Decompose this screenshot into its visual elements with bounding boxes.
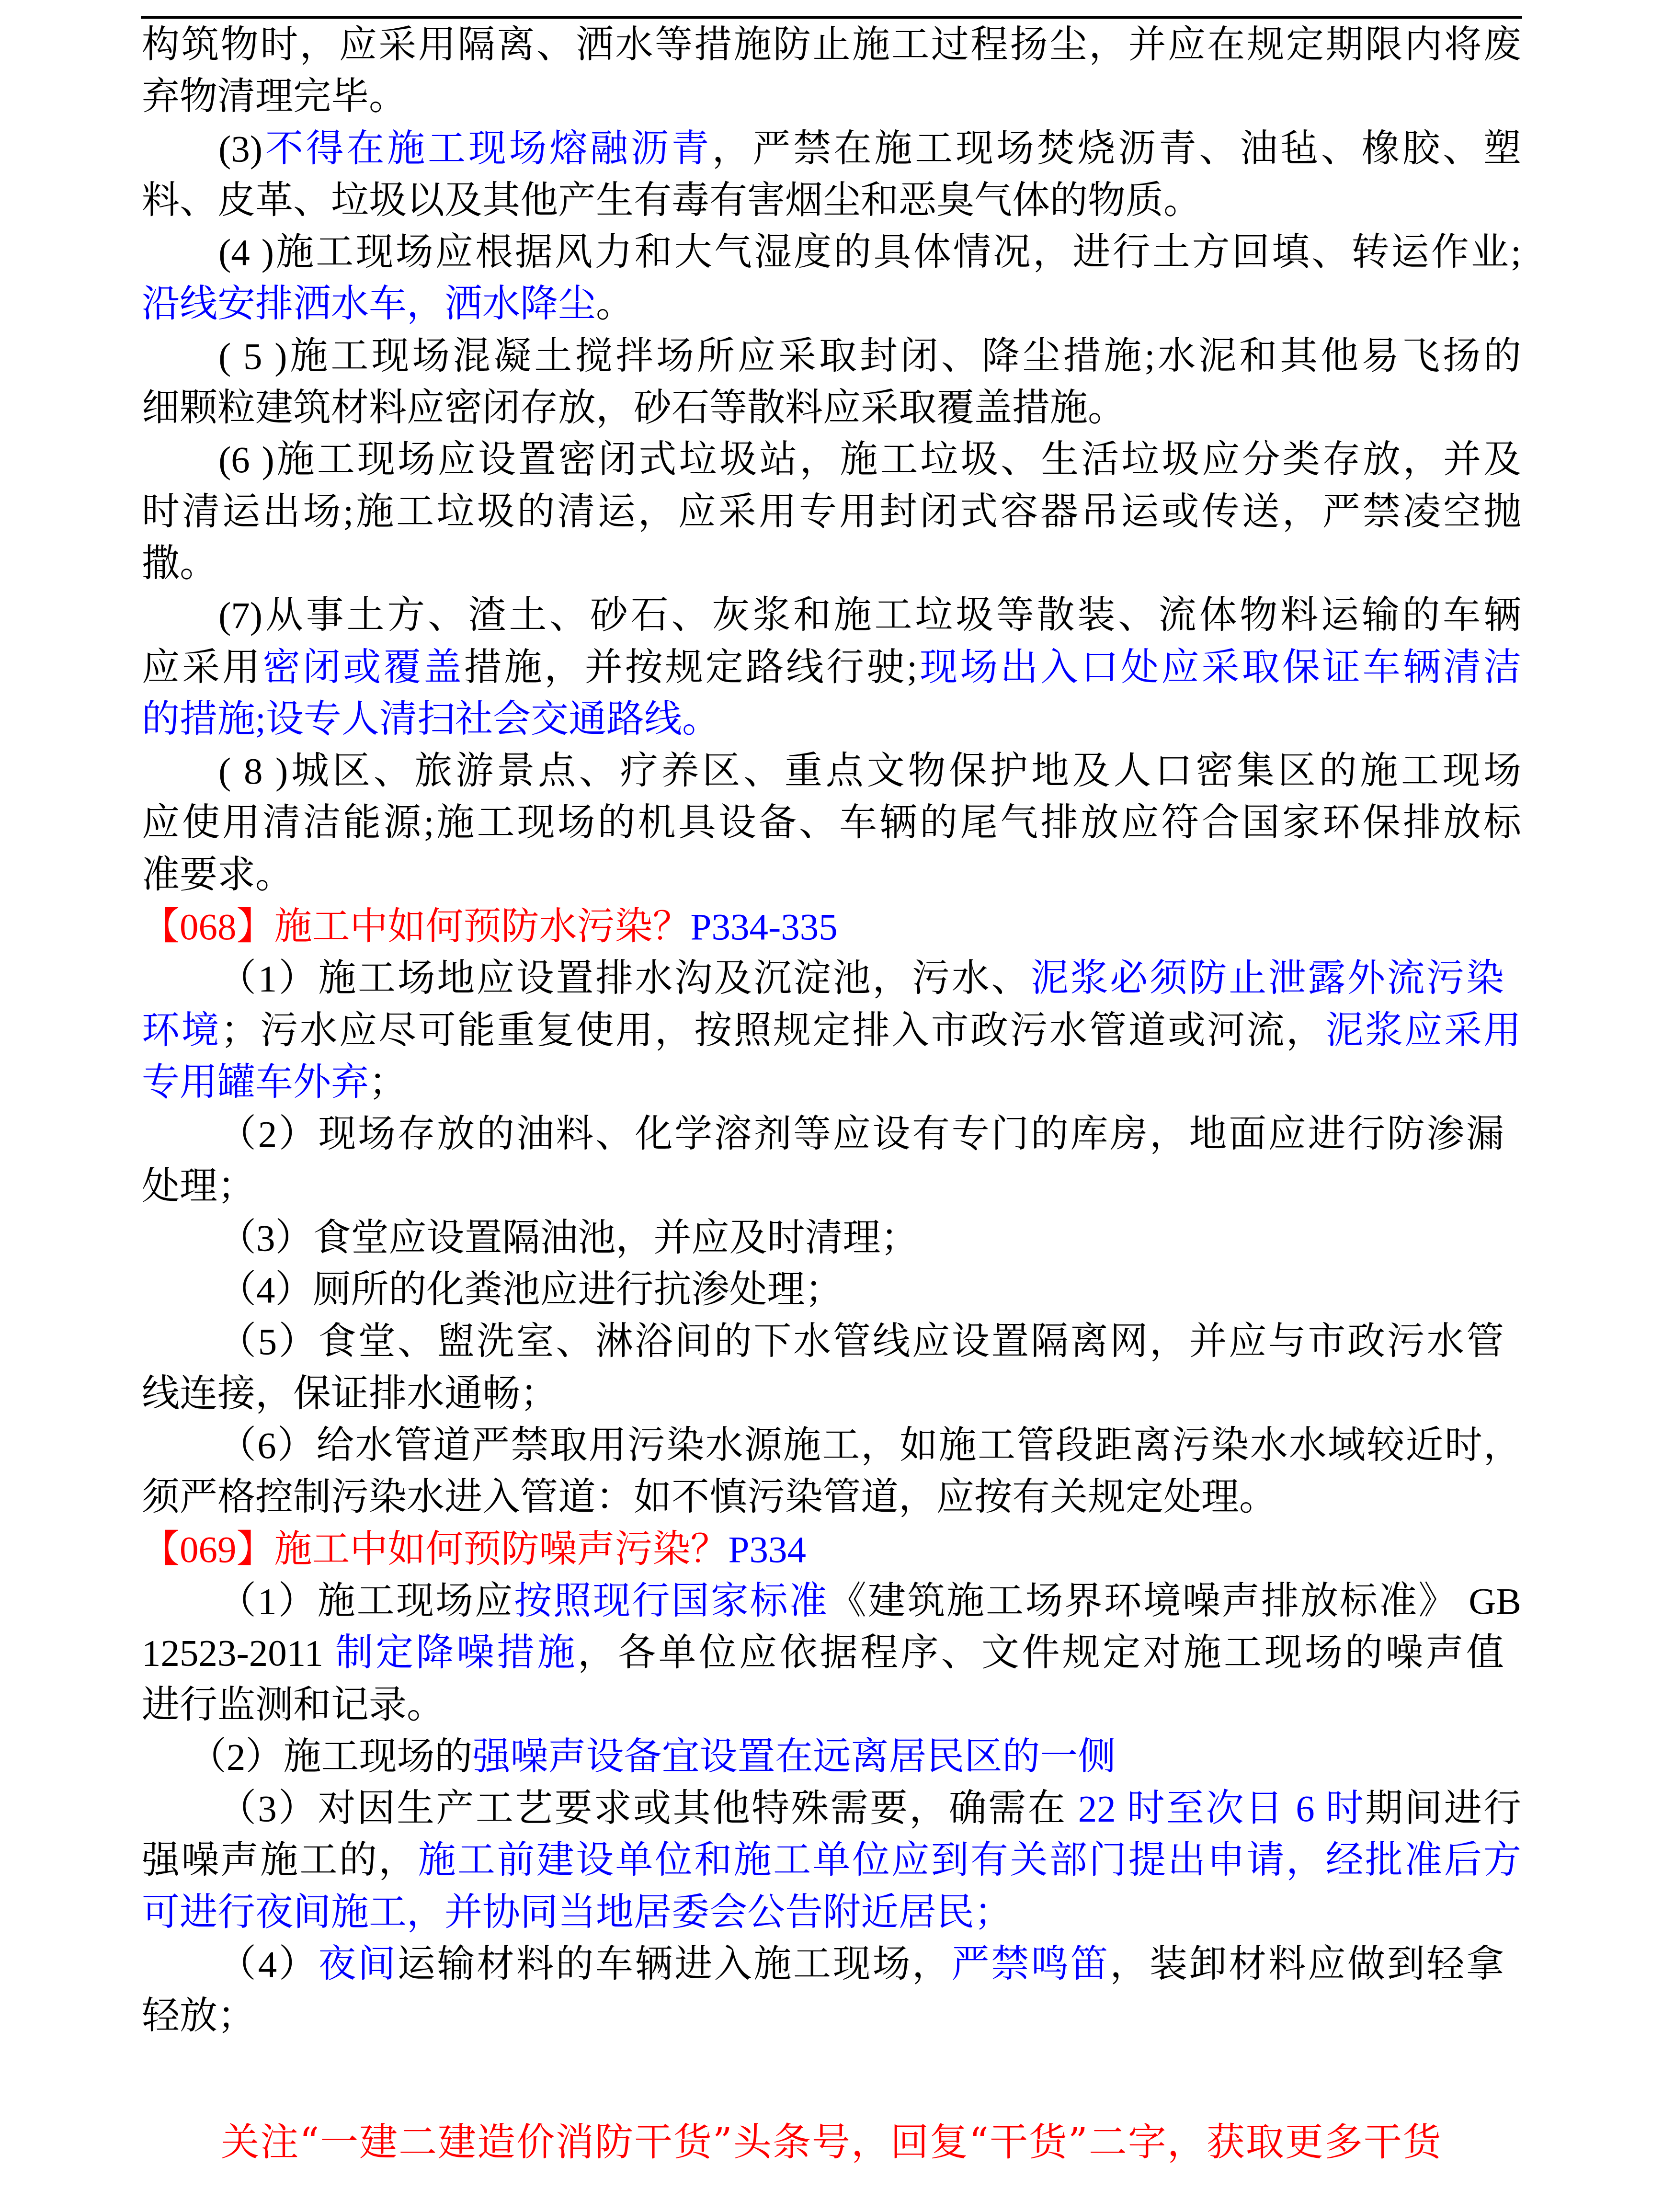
item-number: （4） [218,1944,318,1985]
noise-item-1: （1）施工现场应按照现行国家标准《建筑施工场界环境噪声排放标准》 GB 1252… [142,1576,1521,1732]
highlight-text: 不得在施工现场熔融沥青 [262,128,712,170]
text-line: (4 )施工现场应根据风力和大气湿度的具体情况，进行土方回填、转运作业; [142,227,1521,279]
plain-text: （2）施工现场的 [189,1736,473,1778]
highlight-text: 专用罐车外弃 [142,1062,369,1104]
plain-text: ( 5 )施工现场混凝土搅拌场所应采取封闭、降尘措施;水泥和其他易飞扬的 [218,336,1521,377]
highlight-text: 环境 [142,1010,221,1052]
plain-text: 进行监测和记录。 [142,1685,444,1726]
plain-text: 弃物清理完毕。 [142,76,407,118]
heading-line: 【068】施工中如何预防水污染？P334-335 [142,901,1521,953]
plain-text: (7)从事土方、渣土、砂石、灰浆和施工垃圾等散装、流体物料运输的车辆 [218,595,1521,637]
text-line: 可进行夜间施工，并协同当地居委会公告附近居民； [142,1887,1521,1939]
highlight-text: 密闭或覆盖 [262,647,464,689]
text-line: 进行监测和记录。 [142,1680,1521,1732]
plain-text: (6 )施工现场应设置密闭式垃圾站，施工垃圾、生活垃圾应分类存放，并及 [218,439,1521,481]
plain-text: 运输材料的车辆进入施工现场， [398,1944,952,1985]
highlight-text: 制定降噪措施 [335,1632,578,1674]
highlight-text: 沿线安排洒水车，洒水降尘 [142,284,596,325]
text-line: 须严格控制污染水进入管道：如不慎污染管道，应按有关规定处理。 [142,1472,1521,1524]
water-item-1: （1）施工场地应设置排水沟及沉淀池，污水、泥浆必须防止泄露外流污染 环境；污水应… [142,953,1521,1109]
plain-text: （3）对因生产工艺要求或其他特殊需要，确需在 [218,1788,1078,1830]
plain-text: ；污水应尽可能重复使用，按照规定排入市政污水管道或河流， [221,1010,1326,1052]
text-line: 细颗粒建筑材料应密闭存放，砂石等散料应采取覆盖措施。 [142,383,1521,434]
plain-text: 强噪声施工的， [142,1840,418,1881]
text-line: （4）厕所的化粪池应进行抗渗处理； [142,1265,1521,1316]
paragraph-item-3: (3)不得在施工现场熔融沥青，严禁在施工现场焚烧沥青、油毡、橡胶、塑 料、皮革、… [142,124,1521,228]
text-line: 弃物清理完毕。 [142,71,1521,123]
text-line: 环境；污水应尽可能重复使用，按照规定排入市政污水管道或河流，泥浆应采用 [142,1005,1521,1057]
highlight-text: 严禁鸣笛 [952,1944,1110,1985]
text-line: （5）食堂、盥洗室、淋浴间的下水管线应设置隔离网，并应与市政污水管 [142,1316,1504,1368]
plain-text: 应采用 [142,647,262,689]
water-item-2: （2）现场存放的油料、化学溶剂等应设有专门的库房，地面应进行防渗漏 处理； [142,1109,1521,1213]
time-range-highlight: 22 时至次日 6 时 [1078,1788,1365,1830]
plain-text: （2）现场存放的油料、化学溶剂等应设有专门的库房，地面应进行防渗漏 [218,1114,1504,1155]
plain-text: 应使用清洁能源;施工现场的机具设备、车辆的尾气排放应符合国家环保排放标 [142,802,1521,844]
highlight-text: 按照现行国家标准 [514,1581,829,1622]
plain-text: 准要求。 [142,855,293,896]
text-line: 专用罐车外弃； [142,1057,1521,1109]
footer-promo-text: 关注“一建二建造价消防干货”头条号，回复“干货”二字，获取更多干货 [0,2116,1663,2168]
water-item-5: （5）食堂、盥洗室、淋浴间的下水管线应设置隔离网，并应与市政污水管 线连接，保证… [142,1316,1521,1420]
question-heading-069: 【069】施工中如何预防噪声污染？P334 [142,1524,1521,1576]
text-line: 轻放； [142,1991,1521,2042]
plain-text: 线连接，保证排水通畅； [142,1373,558,1415]
text-line: 时清运出场;施工垃圾的清运，应采用专用封闭式容器吊运或传送，严禁凌空抛 [142,487,1521,538]
highlight-text: 的措施;设专人清扫社会交通路线。 [142,699,720,741]
paragraph-item-6: (6 )施工现场应设置密闭式垃圾站，施工垃圾、生活垃圾应分类存放，并及 时清运出… [142,434,1521,590]
plain-text: ； [369,1062,407,1104]
text-line: 的措施;设专人清扫社会交通路线。 [142,694,1521,746]
heading-line: 【069】施工中如何预防噪声污染？P334 [142,1524,1521,1576]
highlight-text: 泥浆必须防止泄露外流污染 [1031,958,1504,1000]
page-reference: P334 [729,1529,806,1571]
text-line: 准要求。 [142,850,1521,901]
text-line: 料、皮革、垃圾以及其他产生有毒有害烟尘和恶臭气体的物质。 [142,175,1521,227]
plain-text: 。 [596,284,634,325]
standard-name: 《建筑施工场界环境噪声排放标准》 GB [829,1581,1521,1622]
paragraph-item-8: ( 8 )城区、旅游景点、疗养区、重点文物保护地及人口密集区的施工现场 应使用清… [142,746,1521,901]
water-item-3: （3）食堂应设置隔油池，并应及时清理； [142,1213,1521,1265]
plain-text: 撒。 [142,543,217,585]
text-line: （3）对因生产工艺要求或其他特殊需要，确需在 22 时至次日 6 时期间进行 [142,1783,1521,1835]
text-line: ( 5 )施工现场混凝土搅拌场所应采取封闭、降尘措施;水泥和其他易飞扬的 [142,331,1521,383]
water-item-6: （6）给水管道严禁取用污染水源施工，如施工管段距离污染水水域较近时， 须严格控制… [142,1420,1521,1524]
plain-text: ，各单位应依据程序、文件规定对施工现场的噪声值 [578,1632,1504,1674]
text-line: (7)从事土方、渣土、砂石、灰浆和施工垃圾等散装、流体物料运输的车辆 [142,590,1521,642]
highlight-text: 可进行夜间施工，并协同当地居委会公告附近居民； [142,1892,1012,1934]
water-item-4: （4）厕所的化粪池应进行抗渗处理； [142,1265,1521,1316]
text-line: 处理； [142,1161,1521,1213]
plain-text: 时清运出场;施工垃圾的清运，应采用专用封闭式容器吊运或传送，严禁凌空抛 [142,491,1521,533]
page-reference: P334-335 [691,906,838,948]
highlight-text: 泥浆应采用 [1325,1010,1521,1052]
plain-text: 料、皮革、垃圾以及其他产生有毒有害烟尘和恶臭气体的物质。 [142,180,1201,222]
plain-text: 轻放； [142,1995,255,2037]
text-line: 12523-2011 制定降噪措施，各单位应依据程序、文件规定对施工现场的噪声值 [142,1628,1504,1679]
text-line: 线连接，保证排水通畅； [142,1368,1521,1420]
plain-text: ，严禁在施工现场焚烧沥青、油毡、橡胶、塑 [712,128,1521,170]
text-line: (3)不得在施工现场熔融沥青，严禁在施工现场焚烧沥青、油毡、橡胶、塑 [142,124,1521,175]
highlight-text: 现场出入口处应采取保证车辆清洁 [917,647,1521,689]
highlight-text: 施工前建设单位和施工单位应到有关部门提出申请，经批准后方 [418,1840,1521,1881]
plain-text: 构筑物时，应采用隔离、洒水等措施防止施工过程扬尘，并应在规定期限内将废 [142,24,1521,66]
plain-text: （6）给水管道严禁取用污染水源施工，如施工管段距离污染水水域较近时， [218,1425,1521,1467]
plain-text: （5）食堂、盥洗室、淋浴间的下水管线应设置隔离网，并应与市政污水管 [218,1321,1504,1363]
plain-text: ( 8 )城区、旅游景点、疗养区、重点文物保护地及人口密集区的施工现场 [218,751,1521,792]
text-line: 应使用清洁能源;施工现场的机具设备、车辆的尾气排放应符合国家环保排放标 [142,798,1521,849]
question-heading-068: 【068】施工中如何预防水污染？P334-335 [142,901,1521,953]
text-line: ( 8 )城区、旅游景点、疗养区、重点文物保护地及人口密集区的施工现场 [142,746,1521,798]
plain-text: 期间进行 [1365,1788,1521,1830]
paragraph-item-2-continued: 构筑物时，应采用隔离、洒水等措施防止施工过程扬尘，并应在规定期限内将废 弃物清理… [142,20,1521,124]
item-number: (3) [218,128,262,170]
standard-number: 12523-2011 [142,1632,335,1674]
text-line: (6 )施工现场应设置密闭式垃圾站，施工垃圾、生活垃圾应分类存放，并及 [142,434,1521,486]
noise-item-3: （3）对因生产工艺要求或其他特殊需要，确需在 22 时至次日 6 时期间进行 强… [142,1783,1521,1939]
plain-text: （4）厕所的化粪池应进行抗渗处理； [218,1269,843,1311]
text-line: （6）给水管道严禁取用污染水源施工，如施工管段距离污染水水域较近时， [142,1420,1521,1472]
text-line: 构筑物时，应采用隔离、洒水等措施防止施工过程扬尘，并应在规定期限内将废 [142,20,1521,71]
paragraph-item-5: ( 5 )施工现场混凝土搅拌场所应采取封闭、降尘措施;水泥和其他易飞扬的 细颗粒… [142,331,1521,435]
plain-text: （1）施工现场应 [218,1581,514,1622]
plain-text: ，装卸材料应做到轻拿 [1110,1944,1504,1985]
highlight-text: 夜间 [318,1944,397,1985]
paragraph-item-4: (4 )施工现场应根据风力和大气湿度的具体情况，进行土方回填、转运作业; 沿线安… [142,227,1521,331]
text-line: 应采用密闭或覆盖措施，并按规定路线行驶;现场出入口处应采取保证车辆清洁 [142,642,1521,694]
plain-text: 处理； [142,1166,255,1208]
text-line: （4）夜间运输材料的车辆进入施工现场，严禁鸣笛，装卸材料应做到轻拿 [142,1939,1504,1991]
plain-text: 细颗粒建筑材料应密闭存放，砂石等散料应采取覆盖措施。 [142,388,1126,429]
plain-text: 措施，并按规定路线行驶; [464,647,918,689]
noise-item-2: （2）施工现场的强噪声设备宜设置在远离居民区的一侧 [142,1732,1521,1783]
plain-text: （1）施工场地应设置排水沟及沉淀池，污水、 [218,958,1031,1000]
heading-title: 【068】施工中如何预防水污染？ [142,906,691,948]
text-line: 强噪声施工的，施工前建设单位和施工单位应到有关部门提出申请，经批准后方 [142,1835,1521,1887]
document-body: 构筑物时，应采用隔离、洒水等措施防止施工过程扬尘，并应在规定期限内将废 弃物清理… [142,20,1521,2043]
text-line: （1）施工现场应按照现行国家标准《建筑施工场界环境噪声排放标准》 GB [142,1576,1521,1628]
plain-text: 须严格控制污染水进入管道：如不慎污染管道，应按有关规定处理。 [142,1477,1277,1518]
plain-text: （3）食堂应设置隔油池，并应及时清理； [218,1218,919,1259]
text-line: （2）现场存放的油料、化学溶剂等应设有专门的库房，地面应进行防渗漏 [142,1109,1504,1161]
plain-text: (4 )施工现场应根据风力和大气湿度的具体情况，进行土方回填、转运作业; [218,232,1521,274]
text-line: （1）施工场地应设置排水沟及沉淀池，污水、泥浆必须防止泄露外流污染 [142,953,1504,1005]
text-line: （3）食堂应设置隔油池，并应及时清理； [142,1213,1521,1265]
text-line: 撒。 [142,538,1521,590]
heading-title: 【069】施工中如何预防噪声污染？ [142,1529,729,1571]
header-rule [141,16,1522,19]
paragraph-item-7: (7)从事土方、渣土、砂石、灰浆和施工垃圾等散装、流体物料运输的车辆 应采用密闭… [142,590,1521,746]
text-line: 沿线安排洒水车，洒水降尘。 [142,279,1521,331]
noise-item-4: （4）夜间运输材料的车辆进入施工现场，严禁鸣笛，装卸材料应做到轻拿 轻放； [142,1939,1521,2043]
text-line: （2）施工现场的强噪声设备宜设置在远离居民区的一侧 [142,1732,1521,1783]
highlight-text: 强噪声设备宜设置在远离居民区的一侧 [473,1736,1116,1778]
